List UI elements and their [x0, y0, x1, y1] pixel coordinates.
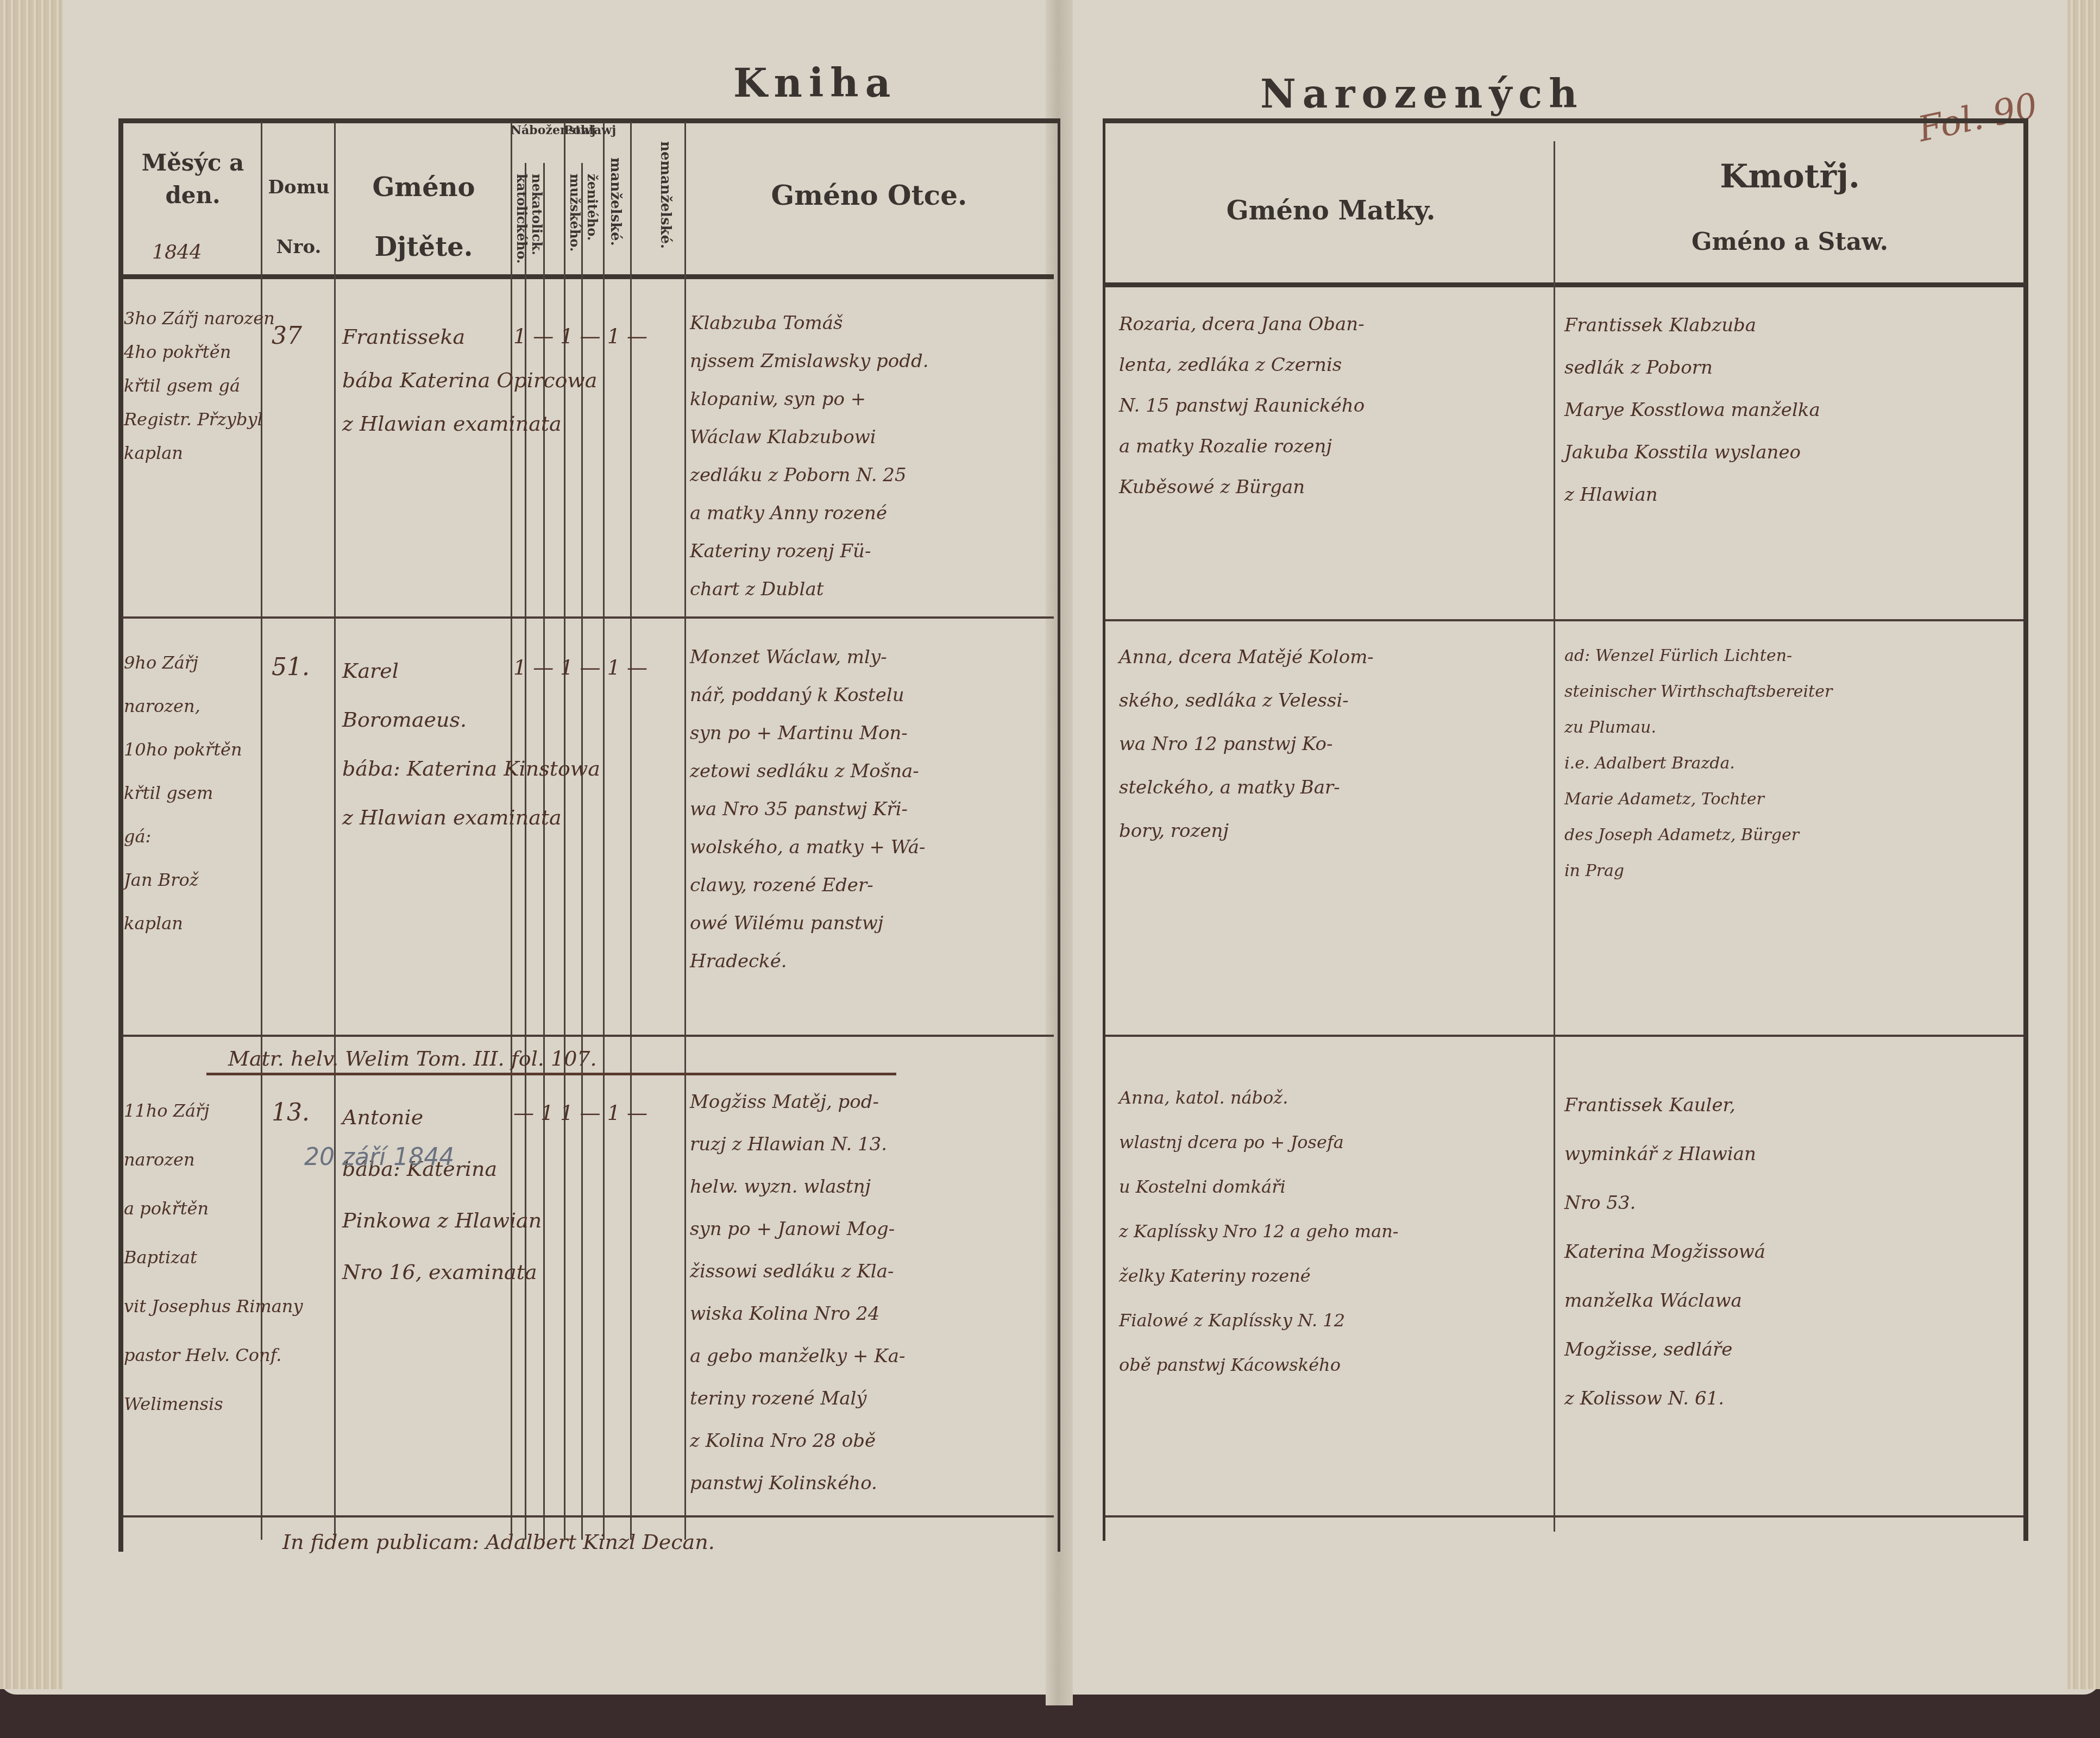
- header-sex: Pohlawj: [564, 122, 603, 138]
- row-separator: [1105, 1515, 2023, 1517]
- header-godparents-sub: Gméno a Staw.: [1559, 228, 2021, 256]
- open-register-book: Kniha Narozených Fol. 90 Měsýc a den. 18…: [0, 0, 2100, 1705]
- entry-marks: 1 — 1 — 1 —: [513, 646, 647, 689]
- header-child-name: Gméno Djtěte.: [337, 158, 511, 277]
- header-godparents: Kmotřj.: [1559, 158, 2021, 196]
- header-year: 1844: [152, 239, 202, 266]
- header-mother-name: Gméno Matky.: [1108, 196, 1554, 226]
- header-father-name: Gméno Otce.: [690, 179, 1048, 211]
- row-separator: [1105, 619, 2023, 621]
- header-sex-male: mužského.: [567, 174, 583, 251]
- annotation-underline: [206, 1073, 896, 1075]
- header-religion: Náboženstwj: [511, 122, 564, 138]
- row-separator: [1105, 1035, 2023, 1037]
- header-house-no: Domu Nro.: [263, 158, 334, 277]
- entry-mother: Rozaria, dcera Jana Oban- lenta, zedláka…: [1119, 304, 1365, 508]
- entry-godparents: Frantissek Kauler, wyminkář z Hlawian Nr…: [1564, 1081, 1765, 1423]
- title-right: Narozených: [1260, 71, 1584, 117]
- entry-godparents: Frantissek Klabzuba sedlák z Poborn Mary…: [1564, 304, 1820, 516]
- header-religion-catholic: katolického.: [514, 174, 530, 263]
- entry-father: Klabzuba Tomáš njssem Zmislawsky podd. k…: [690, 304, 929, 608]
- entry-mother: Anna, dcera Matějé Kolom- ského, sedláka…: [1119, 635, 1374, 853]
- entry-date: 3ho Zářj narozen 4ho pokřtěn křtil gsem …: [124, 301, 275, 470]
- col-divider: [684, 122, 686, 1540]
- entry-father: Mogžiss Matěj, pod- ruzj z Hlawian N. 13…: [690, 1081, 905, 1504]
- entry-godparents: ad: Wenzel Fürlich Lichten- steinischer …: [1564, 638, 1832, 889]
- header-legitimate: manželské.: [607, 158, 624, 246]
- entry-mother: Anna, katol. nábož. wlastnj dcera po + J…: [1119, 1075, 1399, 1387]
- header-rule-right: [1105, 282, 2023, 287]
- entry-house: 51.: [272, 646, 310, 689]
- entry-house: 13.: [272, 1092, 310, 1134]
- page-edges-right: [2067, 0, 2100, 1689]
- date-stamp: 20 září 1844: [304, 1143, 454, 1171]
- entry-marks: — 1 1 — 1 —: [513, 1092, 647, 1134]
- header-month-day: Měsýc a den.: [125, 147, 261, 212]
- header-illegitimate: nemanželské.: [657, 141, 674, 249]
- entry-house: 37: [272, 315, 302, 357]
- entry-father: Monzet Wáclaw, mly- nář, poddaný k Koste…: [690, 638, 926, 980]
- header-sex-female: ženitého.: [584, 174, 600, 241]
- row-separator: [122, 1035, 1054, 1037]
- attestation-signature: In fidem publicam: Adalbert Kinzl Decan.: [282, 1521, 715, 1563]
- entry-date: 11ho Zářj narozen a pokřtěn Baptizat vit…: [124, 1086, 303, 1428]
- title-left: Kniha: [733, 60, 897, 106]
- entry-date: 9ho Zářj narozen, 10ho pokřtěn křtil gse…: [124, 641, 242, 945]
- page-edges-left: [0, 0, 62, 1689]
- col-divider: [334, 122, 336, 1540]
- header-religion-noncatholic: nekatolick.: [529, 174, 545, 255]
- col-divider: [1554, 141, 1555, 1532]
- row-separator: [122, 616, 1054, 619]
- row-separator: [122, 1515, 1054, 1517]
- entry-marks: 1 — 1 — 1 —: [513, 315, 647, 357]
- entry-child: Antonie bába: Katerina Pinkowa z Hlawian…: [342, 1092, 542, 1298]
